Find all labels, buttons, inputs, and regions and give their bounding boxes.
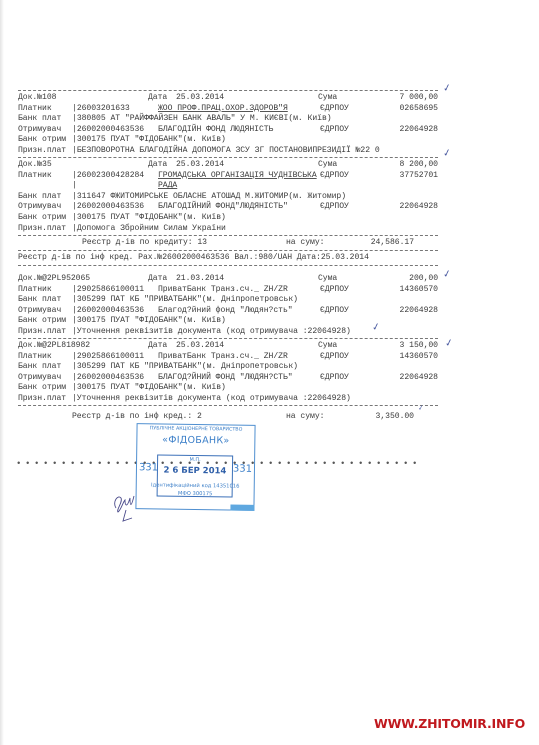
bank-payer: |305299 ПАТ КБ "ПРИВАТБАНК"(м. Дніпропет…: [72, 295, 492, 306]
receiver-edrpou: 22064928: [390, 306, 438, 317]
separator: [18, 250, 438, 251]
receiver-edrpou: 22064928: [390, 202, 438, 213]
entry-sum: 200,00: [390, 274, 438, 285]
stamp-number-right: 331: [233, 464, 252, 475]
site-watermark: WWW.ZHITOMIR.INFO: [374, 716, 525, 731]
bank-stamp: ПУБЛІЧНЕ АКЦІОНЕРНЕ ТОВАРИСТВО «ФІДОБАНК…: [135, 423, 255, 511]
receiver-edrpou: 22064928: [390, 125, 438, 136]
separator: [18, 338, 438, 339]
stamp-mp: М.П.: [158, 456, 232, 463]
bank-receiver: |300175 ПУАТ "ФІДОБАНК"(м. Київ): [72, 135, 492, 146]
entry-sum: 3 150,00: [390, 341, 438, 352]
stamp-corner-mark: [230, 504, 254, 510]
bank-payer: |380805 АТ "РАЙФФАЙЗЕН БАНК АВАЛЬ" У М. …: [72, 114, 492, 125]
purpose: |Уточнення реквізитів документа (код отр…: [72, 327, 492, 338]
info-registry-total-sum: 3,350.00: [360, 412, 414, 423]
checkmark-icon: ✓: [442, 268, 452, 281]
purpose: |БЕЗПОВОРОТНА БЛАГОДІЙНА ДОПОМОГА ЗСУ ЗГ…: [72, 146, 492, 157]
scan-left-edge: [0, 0, 4, 745]
entry-sum: 8 200,00: [390, 160, 438, 171]
credit-registry-sum: 24,586.17: [360, 238, 414, 249]
payer-edrpou: 14360570: [390, 285, 438, 296]
info-registry-header: Реєстр д-ів по інф кред. Рах.№2600200046…: [18, 253, 438, 264]
stamp-number-left: 331: [139, 462, 158, 473]
purpose: |Допомога Збройним Силам України: [72, 224, 492, 235]
stamp-mfo: МФО 300175: [137, 490, 254, 498]
bank-receiver: |300175 ПУАТ "ФІДОБАНК"(м. Київ): [72, 316, 492, 327]
stamp-date: 2 6 БЕР 2014: [158, 465, 232, 476]
separator: [18, 265, 438, 266]
bank-receiver: |300175 ПУАТ "ФІДОБАНК"(м. Київ): [72, 383, 492, 394]
signature-icon: [110, 488, 140, 524]
purpose: |Уточнення реквізитів документа (код отр…: [72, 394, 492, 405]
stamp-ident-code: Ідентифікаційний код 14351016: [137, 482, 254, 490]
payer-edrpou: 14360570: [390, 352, 438, 363]
payer-edrpou: 37752701: [390, 171, 438, 182]
stamp-org-type: ПУБЛІЧНЕ АКЦІОНЕРНЕ ТОВАРИСТВО: [137, 426, 254, 433]
bank-receiver: |300175 ПУАТ "ФІДОБАНК"(м. Київ): [72, 213, 492, 224]
separator: [18, 235, 438, 236]
separator: [18, 90, 438, 91]
payer-name-continuation: РАДА: [158, 181, 539, 192]
stamp-bank-name: «ФІДОБАНК»: [137, 434, 254, 447]
receiver-edrpou: 22064928: [390, 373, 438, 384]
payer-edrpou: 02658695: [390, 104, 438, 115]
bank-payer: |305299 ПАТ КБ "ПРИВАТБАНК"(м. Дніпропет…: [72, 362, 492, 373]
separator: [18, 157, 438, 158]
separator: [18, 405, 438, 406]
entry-sum: 7 000,00: [390, 93, 438, 104]
bank-payer: |311647 ФЖИТОМИРСЬКЕ ОБЛАСНЕ АТОШАД М.ЖИ…: [72, 192, 492, 203]
checkmark-icon: ✓: [444, 337, 454, 350]
